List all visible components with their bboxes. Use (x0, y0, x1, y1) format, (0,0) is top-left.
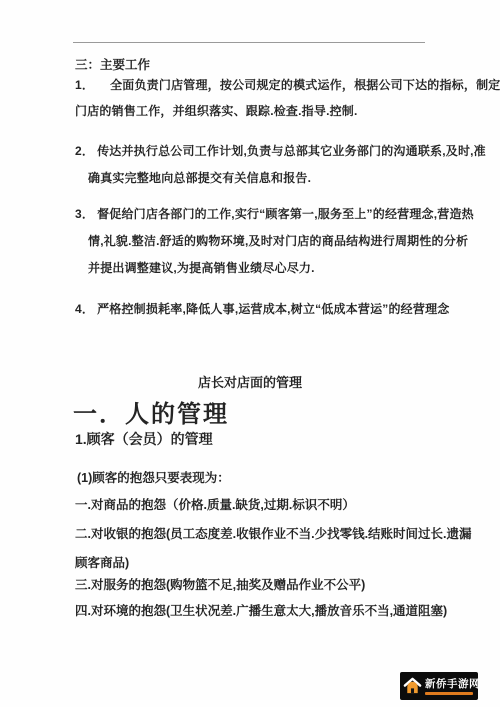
work-item-3-number: 3． (75, 207, 94, 221)
work-item-3-line-2: 情,礼貌.整洁.舒适的购物环境,及时对门店的商品结构进行周期性的分析 (75, 228, 474, 255)
complaints-intro: (1)顾客的抱怨只要表现为： (77, 468, 230, 486)
complaint-item-4: 四.对环境的抱怨(卫生状况差.广播生意太大,播放音乐不当,通道阻塞) (75, 597, 447, 626)
watermark-logo: 新侨手游网 (400, 672, 478, 700)
house-icon (403, 677, 422, 695)
work-item-4-text: 严格控制损耗率,降低人事,运营成本,树立“低成本营运”的经营理念 (97, 302, 449, 316)
work-item-1: 1．全面负责门店管理，按公司规定的模式运作，根据公司下达的指标，制定 门店的销售… (75, 72, 500, 124)
work-item-3-line-3: 并提出调整建议,为提高销售业绩尽心尽力. (75, 255, 474, 282)
watermark-brand-text: 新侨手游网 (425, 678, 480, 690)
work-item-2: 2．传达并执行总公司工作计划,负责与总部其它业务部门的沟通联系,及时,准 确真实… (75, 138, 486, 192)
chapter-heading: 一．人的管理 (73, 394, 229, 429)
work-item-2-number: 2． (75, 144, 94, 158)
work-item-4: 4．严格控制损耗率,降低人事,运营成本,树立“低成本营运”的经营理念 (75, 296, 449, 322)
section-heading: 三：主要工作 (75, 55, 150, 73)
work-item-1-number: 1． (75, 78, 94, 92)
header-divider (73, 42, 425, 43)
work-item-1-line-2: 门店的销售工作，并组织落实、跟踪.检查.指导.控制. (75, 98, 500, 124)
work-item-1-text: 全面负责门店管理，按公司规定的模式运作，根据公司下达的指标，制定 (110, 78, 500, 92)
watermark-tagline-strip (425, 692, 473, 695)
work-item-2-line-2: 确真实完整地向总部提交有关信息和报告. (75, 165, 486, 192)
work-item-2-text: 传达并执行总公司工作计划,负责与总部其它业务部门的沟通联系,及时,准 (97, 144, 486, 158)
watermark-text-block: 新侨手游网 (425, 678, 480, 695)
document-page: 三：主要工作 1．全面负责门店管理，按公司规定的模式运作，根据公司下达的指标，制… (0, 0, 500, 707)
work-item-3: 3．督促给门店各部门的工作,实行“顾客第一,服务至上”的经营理念,营造热 情,礼… (75, 201, 474, 282)
work-item-2-line-1: 2．传达并执行总公司工作计划,负责与总部其它业务部门的沟通联系,及时,准 (75, 138, 486, 165)
complaint-item-2: 二.对收银的抱怨(员工态度差.收银作业不当.少找零钱.结账时间过长.遗漏 顾客商… (75, 520, 472, 578)
complaint-item-4-line-1: 四.对环境的抱怨(卫生状况差.广播生意太大,播放音乐不当,通道阻塞) (75, 597, 447, 626)
complaint-item-3-line-1: 三.对服务的抱怨(购物篮不足,抽奖及赠品作业不公平) (75, 571, 365, 600)
complaint-item-1: 一.对商品的抱怨（价格.质量.缺货,过期.标识不明） (75, 491, 355, 520)
complaint-item-2-line-1: 二.对收银的抱怨(员工态度差.收银作业不当.少找零钱.结账时间过长.遗漏 (75, 520, 472, 549)
work-item-3-line-1: 3．督促给门店各部门的工作,实行“顾客第一,服务至上”的经营理念,营造热 (75, 201, 474, 228)
document-title: 店长对店面的管理 (0, 372, 500, 391)
work-item-3-text: 督促给门店各部门的工作,实行“顾客第一,服务至上”的经营理念,营造热 (97, 207, 474, 221)
work-item-1-line-1: 1．全面负责门店管理，按公司规定的模式运作，根据公司下达的指标，制定 (75, 72, 500, 98)
complaint-item-3: 三.对服务的抱怨(购物篮不足,抽奖及赠品作业不公平) (75, 571, 365, 600)
sub-heading: 1.顾客（会员）的管理 (75, 429, 213, 449)
complaint-item-1-line-1: 一.对商品的抱怨（价格.质量.缺货,过期.标识不明） (75, 491, 355, 520)
work-item-4-line-1: 4．严格控制损耗率,降低人事,运营成本,树立“低成本营运”的经营理念 (75, 296, 449, 322)
work-item-4-number: 4． (75, 302, 94, 316)
